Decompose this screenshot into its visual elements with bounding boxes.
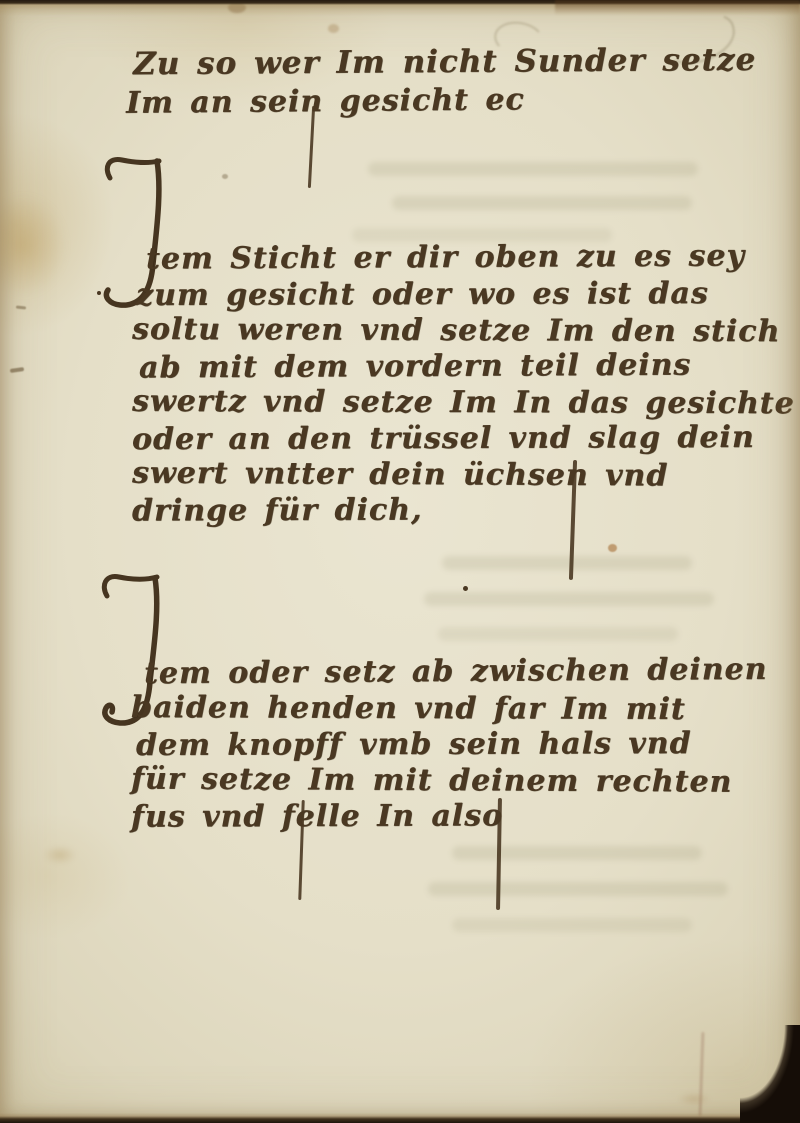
ink-speck xyxy=(10,367,24,373)
text-line: fus vnd felle In also xyxy=(131,798,503,834)
stain xyxy=(328,24,339,33)
text-line: dringe für dich, xyxy=(132,492,422,528)
text-line: zum gesicht oder wo es ist das xyxy=(136,276,709,313)
page-edge-smudge xyxy=(555,0,800,15)
show-through-mark xyxy=(438,627,678,641)
ink-speck xyxy=(222,174,228,179)
text-line: swertz vnd setze Im In das gesichte xyxy=(132,384,795,421)
text-line: swert vntter dein üchsen vnd xyxy=(132,456,668,494)
show-through-mark xyxy=(424,592,714,606)
show-through-mark xyxy=(392,196,692,210)
stain xyxy=(38,842,82,868)
stain xyxy=(608,544,617,552)
text-line: baiden henden vnd far Im mit xyxy=(131,690,686,727)
text-line: soltu weren vnd setze Im den stich xyxy=(132,312,780,349)
text-line: Zu so wer Im nicht Sunder setze xyxy=(133,42,756,82)
text-line: für setze Im mit deinem rechten xyxy=(131,761,732,799)
show-through-mark xyxy=(368,162,698,176)
text-line: oder an den trüssel vnd slag dein xyxy=(132,420,755,457)
stain xyxy=(0,178,81,313)
page-edge-bottom xyxy=(0,1113,800,1123)
text-line: dem knopff vmb sein hals vnd xyxy=(136,726,692,763)
show-through-mark xyxy=(428,882,728,896)
text-line: Im an sein gesicht ec xyxy=(126,82,525,120)
stain xyxy=(672,1090,716,1108)
ink-dot xyxy=(463,586,468,591)
manuscript-page: Zu so wer Im nicht Sunder setze Im an se… xyxy=(0,0,800,1123)
page-corner-shadow xyxy=(740,1025,800,1123)
text-line: ab mit dem vordern teil deins xyxy=(139,348,691,386)
show-through-mark xyxy=(442,556,692,570)
text-line: tem oder setz ab zwischen deinen xyxy=(144,652,768,691)
text-line: tem Sticht er dir oben zu es sey xyxy=(146,238,745,276)
ink-dot xyxy=(97,291,101,295)
show-through-mark xyxy=(452,918,692,932)
show-through-mark xyxy=(452,846,702,860)
